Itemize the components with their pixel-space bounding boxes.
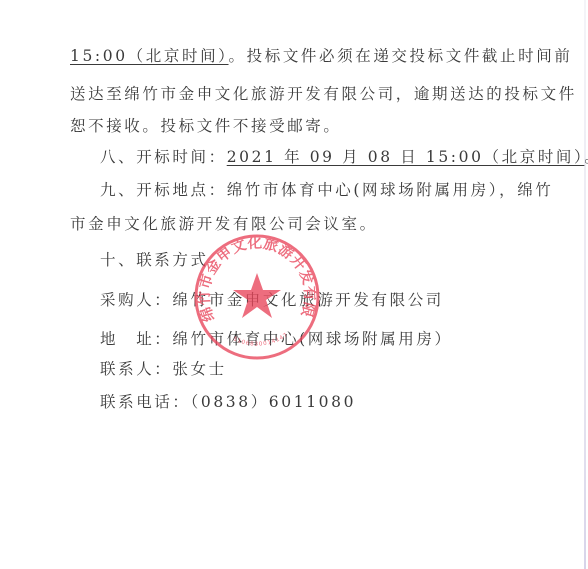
purchaser-row: 采购人：绵竹市金申文化旅游开发有限公司 xyxy=(100,290,444,310)
deadline-time: 15:00（北京时间） xyxy=(70,47,229,65)
svg-text:绵竹市金申文化旅游开发有限公司: 绵竹市金申文化旅游开发有限公司 xyxy=(193,233,319,324)
opening-time-value: 2021 年 09 月 08 日 15:00（北京时间） xyxy=(227,148,585,166)
paragraph-text: 。投标文件必须在递交投标文件截止时间前 xyxy=(229,47,573,65)
contact-value: 张女士 xyxy=(172,360,226,378)
phone-value: （0838）6011080 xyxy=(191,393,357,411)
purchaser-label: 采购人： xyxy=(100,291,172,309)
contact-label: 联系人： xyxy=(100,360,172,378)
contact-row: 联系人：张女士 xyxy=(100,359,227,379)
paragraph-line: 恕不接收。投标文件不接受邮寄。 xyxy=(70,116,342,136)
purchaser-value: 绵竹市金申文化旅游开发有限公司 xyxy=(172,291,444,309)
location-value: 绵竹市体育中心(网球场附属用房），绵竹 xyxy=(227,181,554,199)
paragraph-line: 送达至绵竹市金申文化旅游开发有限公司，逾期送达的投标文件 xyxy=(70,84,577,104)
section-label: 八、开标时间： xyxy=(100,148,227,166)
address-value: 绵竹市体育中心(网球场附属用房） xyxy=(172,330,452,348)
phone-row: 联系电话：（0838）6011080 xyxy=(100,392,356,412)
section-opening-time: 八、开标时间：2021 年 09 月 08 日 15:00（北京时间）。 xyxy=(100,147,588,167)
paragraph-line: 市金申文化旅游开发有限公司会议室。 xyxy=(70,214,378,234)
paragraph-line: 15:00（北京时间）。投标文件必须在递交投标文件截止时间前 xyxy=(70,46,572,66)
phone-label: 联系电话： xyxy=(100,393,191,411)
address-row: 地 址：绵竹市体育中心(网球场附属用房） xyxy=(100,329,453,349)
address-label: 地 址： xyxy=(100,330,172,348)
section-label: 九、开标地点： xyxy=(100,181,227,199)
section-contact-title: 十、联系方式 xyxy=(100,250,209,270)
page-edge xyxy=(584,0,586,569)
punctuation: 。 xyxy=(584,148,588,166)
section-opening-location: 九、开标地点：绵竹市体育中心(网球场附属用房），绵竹 xyxy=(100,180,553,200)
